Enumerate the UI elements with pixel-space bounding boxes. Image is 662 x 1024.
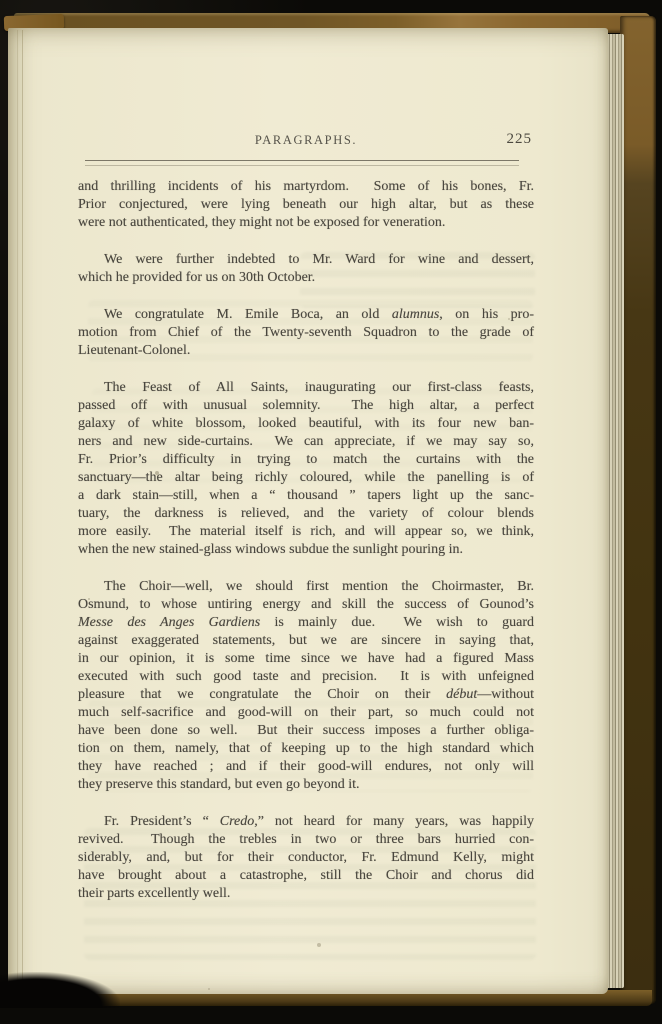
text-line: which he provided for us on 30th October… xyxy=(78,269,534,287)
text-line: and thrilling incidents of his martyrdom… xyxy=(78,178,534,196)
text-line: The Choir—well, we should first mention … xyxy=(78,578,534,596)
paragraph: The Choir—well, we should first mention … xyxy=(78,578,534,794)
text-line: siderably, and, but for their conductor,… xyxy=(78,849,534,867)
text-line: have brought about a catastrophe, still … xyxy=(78,867,534,885)
text-line: when the new stained-glass windows subdu… xyxy=(78,541,534,559)
paragraph: We were further indebted to Mr. Ward for… xyxy=(78,251,534,287)
text-line: in our opinion, it is some time since we… xyxy=(78,650,534,668)
header-rule xyxy=(85,160,519,166)
running-header-title: PARAGRAPHS. xyxy=(78,133,534,148)
text-line: Messe des Anges Gardiens is mainly due. … xyxy=(78,614,534,632)
text-line: Fr. President’s “ Credo,” not heard for … xyxy=(78,813,534,831)
text-line: Fr. Prior’s difficulty in trying to matc… xyxy=(78,451,534,469)
text-line: Osmund, to whose untiring energy and ski… xyxy=(78,596,534,614)
text-line: galaxy of white blossom, looked beautifu… xyxy=(78,415,534,433)
text-line: tuary, the darkness is relieved, and the… xyxy=(78,505,534,523)
text-line: their parts excellently well. xyxy=(78,885,534,903)
text-line: were not authenticated, they might not b… xyxy=(78,214,534,232)
text-line: a dark stain—still, when a “ thousand ” … xyxy=(78,487,534,505)
text-line: Prior conjectured, were lying beneath ou… xyxy=(78,196,534,214)
text-line: more easily. The material itself is rich… xyxy=(78,523,534,541)
text-line: pleasure that we congratulate the Choir … xyxy=(78,686,534,704)
text-line: tion on them, namely, that of keeping up… xyxy=(78,740,534,758)
text-line: We congratulate M. Emile Boca, an old al… xyxy=(78,306,534,324)
text-line: motion from Chief of the Twenty-seventh … xyxy=(78,324,534,342)
paragraph: The Feast of All Saints, inaugurating ou… xyxy=(78,379,534,559)
text-line: ners and new side-curtains. We can appre… xyxy=(78,433,534,451)
text-line: against exaggerated statements, but we a… xyxy=(78,632,534,650)
page-header: PARAGRAPHS. 225 xyxy=(78,133,534,153)
text-line: have been done so well. But their succes… xyxy=(78,722,534,740)
text-line: passed off with unusual solemnity. The h… xyxy=(78,397,534,415)
page-body: and thrilling incidents of his martyrdom… xyxy=(78,178,534,903)
page-corner-shadow xyxy=(0,972,120,1008)
text-line: they have reached ; and if their good-wi… xyxy=(78,758,534,776)
book-photo-scene: PARAGRAPHS. 225 and thrilling incidents … xyxy=(0,0,662,1024)
text-line: much self-sacrifice and good-will on the… xyxy=(78,704,534,722)
text-line: Lieutenant-Colonel. xyxy=(78,342,534,360)
paragraph: and thrilling incidents of his martyrdom… xyxy=(78,178,534,232)
text-line: they preserve this standard, but even go… xyxy=(78,776,534,794)
paper-specks xyxy=(0,0,2,2)
paragraph: Fr. President’s “ Credo,” not heard for … xyxy=(78,813,534,903)
text-line: The Feast of All Saints, inaugurating ou… xyxy=(78,379,534,397)
text-line: revived. Though the trebles in two or th… xyxy=(78,831,534,849)
gutter-shadow xyxy=(17,30,18,992)
text-line: We were further indebted to Mr. Ward for… xyxy=(78,251,534,269)
gutter-shadow xyxy=(22,30,23,992)
paragraph: We congratulate M. Emile Boca, an old al… xyxy=(78,306,534,360)
text-line: executed with such good taste and precis… xyxy=(78,668,534,686)
page-number: 225 xyxy=(507,131,533,148)
book-cover-right-edge xyxy=(620,16,656,1004)
text-line: sanctuary—the altar being richly coloure… xyxy=(78,469,534,487)
